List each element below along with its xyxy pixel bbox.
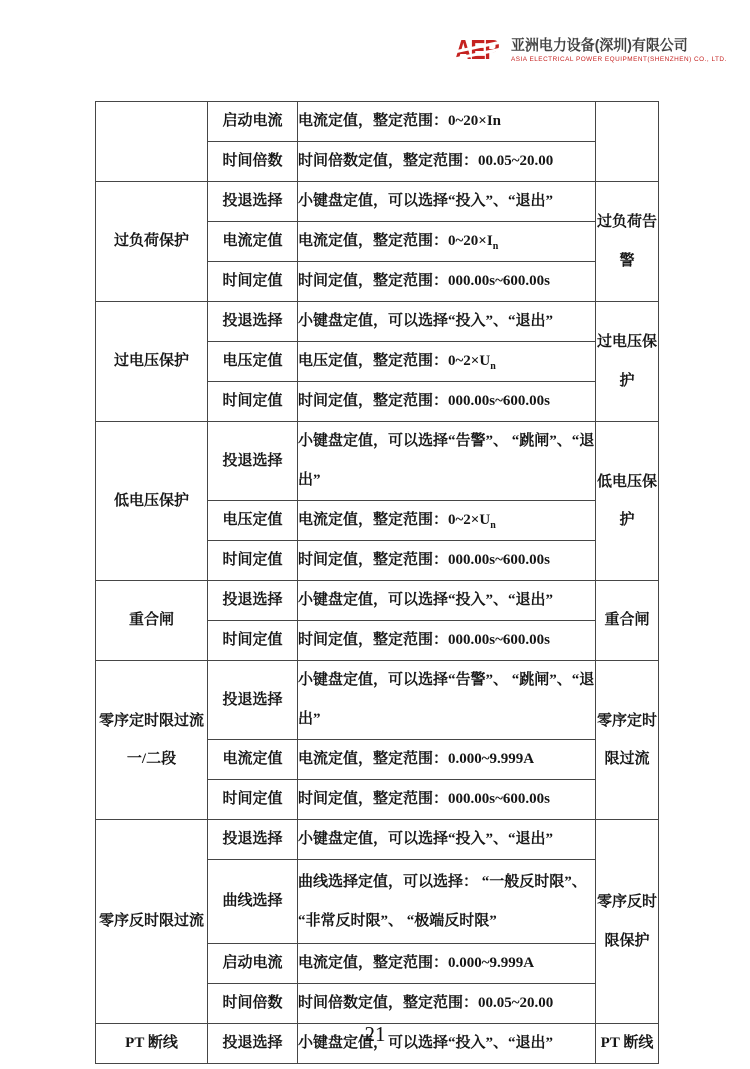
protection-name-cell: 过电压保护 bbox=[96, 302, 208, 422]
setting-item-cell: 时间定值 bbox=[208, 541, 298, 581]
setting-item-cell: 投退选择 bbox=[208, 422, 298, 501]
setting-item-cell: 时间定值 bbox=[208, 382, 298, 422]
setting-desc-text: 小键盘定值，可以选择“投入”、“退出” bbox=[298, 831, 553, 847]
setting-desc-text: 时间定值，整定范围：000.00s~600.00s bbox=[298, 393, 550, 409]
protection-name-cell: 零序定时限过流 一/二段 bbox=[96, 661, 208, 820]
setting-item-cell: 启动电流 bbox=[208, 944, 298, 984]
setting-item-cell: 投退选择 bbox=[208, 182, 298, 222]
setting-item-cell: 时间倍数 bbox=[208, 984, 298, 1024]
setting-desc-text: 小键盘定值，可以选择“告警”、 “跳闸”、“退出” bbox=[298, 433, 594, 488]
company-name-block: 亚洲电力设备(深圳)有限公司 ASIA ELECTRICAL POWER EQU… bbox=[511, 38, 727, 63]
setting-desc-cell: 时间定值，整定范围：000.00s~600.00s bbox=[298, 621, 596, 661]
setting-item-cell: 电压定值 bbox=[208, 342, 298, 382]
table-row: 低电压保护投退选择小键盘定值，可以选择“告警”、 “跳闸”、“退出”低电压保护 bbox=[96, 422, 659, 501]
setting-desc-subscript: n bbox=[490, 520, 496, 531]
setting-desc-cell: 小键盘定值，可以选择“投入”、“退出” bbox=[298, 182, 596, 222]
company-logo: AEP 亚洲电力设备(深圳)有限公司 ASIA ELECTRICAL POWER… bbox=[455, 38, 727, 63]
setting-desc-text: 时间倍数定值，整定范围：00.05~20.00 bbox=[298, 153, 553, 169]
setting-desc-text: 小键盘定值，可以选择“投入”、“退出” bbox=[298, 313, 553, 329]
table-row: 过负荷保护投退选择小键盘定值，可以选择“投入”、“退出”过负荷告警 bbox=[96, 182, 659, 222]
protection-result-cell: 低电压保护 bbox=[596, 422, 659, 581]
setting-desc-cell: 电压定值，整定范围：0~2×Un bbox=[298, 342, 596, 382]
setting-item-cell: 投退选择 bbox=[208, 661, 298, 740]
table-row: 重合闸投退选择小键盘定值，可以选择“投入”、“退出”重合闸 bbox=[96, 581, 659, 621]
protection-result-cell: 过负荷告警 bbox=[596, 182, 659, 302]
setting-item-cell: 时间定值 bbox=[208, 780, 298, 820]
setting-desc-cell: 小键盘定值，可以选择“投入”、“退出” bbox=[298, 302, 596, 342]
table-row: 零序定时限过流 一/二段投退选择小键盘定值，可以选择“告警”、 “跳闸”、“退出… bbox=[96, 661, 659, 740]
setting-desc-cell: 小键盘定值，可以选择“告警”、 “跳闸”、“退出” bbox=[298, 422, 596, 501]
settings-table-body: 启动电流电流定值，整定范围：0~20×In时间倍数时间倍数定值，整定范围：00.… bbox=[96, 102, 659, 1064]
setting-desc-cell: 电流定值，整定范围：0~20×In bbox=[298, 222, 596, 262]
page-number: 21 bbox=[0, 1022, 750, 1047]
setting-desc-text: 电流定值，整定范围：0~20×In bbox=[298, 113, 501, 129]
setting-desc-cell: 电流定值，整定范围：0~2×Un bbox=[298, 501, 596, 541]
setting-desc-subscript: n bbox=[490, 361, 496, 372]
setting-desc-text: 小键盘定值，可以选择“告警”、 “跳闸”、“退出” bbox=[298, 672, 594, 727]
setting-item-cell: 时间定值 bbox=[208, 262, 298, 302]
protection-result-cell bbox=[596, 102, 659, 182]
protection-result-cell: 零序反时限保护 bbox=[596, 820, 659, 1024]
setting-desc-text: 时间定值，整定范围：000.00s~600.00s bbox=[298, 791, 550, 807]
setting-desc-cell: 电流定值，整定范围：0.000~9.999A bbox=[298, 944, 596, 984]
setting-desc-text: 时间定值，整定范围：000.00s~600.00s bbox=[298, 273, 550, 289]
setting-desc-cell: 时间定值，整定范围：000.00s~600.00s bbox=[298, 262, 596, 302]
setting-desc-text: 小键盘定值，可以选择“投入”、“退出” bbox=[298, 193, 553, 209]
setting-desc-cell: 曲线选择定值，可以选择： “一般反时限”、 “非常反时限”、 “极端反时限” bbox=[298, 860, 596, 944]
setting-desc-text: 时间定值，整定范围：000.00s~600.00s bbox=[298, 632, 550, 648]
setting-desc-text: 电流定值，整定范围：0.000~9.999A bbox=[298, 751, 534, 767]
protection-settings-table: 启动电流电流定值，整定范围：0~20×In时间倍数时间倍数定值，整定范围：00.… bbox=[95, 101, 659, 1064]
setting-desc-cell: 时间定值，整定范围：000.00s~600.00s bbox=[298, 382, 596, 422]
setting-desc-text: 时间倍数定值，整定范围：00.05~20.00 bbox=[298, 995, 553, 1011]
setting-desc-text: 时间定值，整定范围：000.00s~600.00s bbox=[298, 552, 550, 568]
setting-desc-subscript: n bbox=[493, 241, 499, 252]
setting-item-cell: 电流定值 bbox=[208, 740, 298, 780]
setting-desc-text: 曲线选择定值，可以选择： “一般反时限”、 “非常反时限”、 “极端反时限” bbox=[298, 874, 587, 929]
setting-desc-text: 电压定值，整定范围：0~2×U bbox=[298, 353, 490, 369]
setting-desc-cell: 时间定值，整定范围：000.00s~600.00s bbox=[298, 780, 596, 820]
setting-desc-text: 小键盘定值，可以选择“投入”、“退出” bbox=[298, 592, 553, 608]
setting-desc-cell: 电流定值，整定范围：0~20×In bbox=[298, 102, 596, 142]
protection-result-cell: 重合闸 bbox=[596, 581, 659, 661]
company-name-en: ASIA ELECTRICAL POWER EQUIPMENT(SHENZHEN… bbox=[511, 56, 727, 63]
table-row: 启动电流电流定值，整定范围：0~20×In bbox=[96, 102, 659, 142]
protection-result-cell: 过电压保护 bbox=[596, 302, 659, 422]
setting-item-cell: 投退选择 bbox=[208, 820, 298, 860]
setting-desc-cell: 时间倍数定值，整定范围：00.05~20.00 bbox=[298, 142, 596, 182]
setting-item-cell: 电流定值 bbox=[208, 222, 298, 262]
protection-name-cell: 过负荷保护 bbox=[96, 182, 208, 302]
protection-name-cell: 低电压保护 bbox=[96, 422, 208, 581]
document-page: { "header": { "logo_text": "AEP", "compa… bbox=[0, 0, 750, 1069]
protection-name-cell: 重合闸 bbox=[96, 581, 208, 661]
setting-item-cell: 投退选择 bbox=[208, 302, 298, 342]
setting-desc-cell: 时间定值，整定范围：000.00s~600.00s bbox=[298, 541, 596, 581]
protection-name-cell: 零序反时限过流 bbox=[96, 820, 208, 1024]
setting-desc-cell: 时间倍数定值，整定范围：00.05~20.00 bbox=[298, 984, 596, 1024]
setting-item-cell: 投退选择 bbox=[208, 581, 298, 621]
setting-item-cell: 曲线选择 bbox=[208, 860, 298, 944]
setting-desc-cell: 小键盘定值，可以选择“告警”、 “跳闸”、“退出” bbox=[298, 661, 596, 740]
setting-desc-text: 电流定值，整定范围：0~2×U bbox=[298, 512, 490, 528]
table-row: 过电压保护投退选择小键盘定值，可以选择“投入”、“退出”过电压保护 bbox=[96, 302, 659, 342]
setting-desc-text: 电流定值，整定范围：0~20×I bbox=[298, 233, 493, 249]
setting-item-cell: 启动电流 bbox=[208, 102, 298, 142]
protection-result-cell: 零序定时限过流 bbox=[596, 661, 659, 820]
setting-desc-text: 电流定值，整定范围：0.000~9.999A bbox=[298, 955, 534, 971]
protection-name-cell bbox=[96, 102, 208, 182]
setting-item-cell: 时间倍数 bbox=[208, 142, 298, 182]
setting-desc-cell: 小键盘定值，可以选择“投入”、“退出” bbox=[298, 820, 596, 860]
setting-item-cell: 时间定值 bbox=[208, 621, 298, 661]
setting-item-cell: 电压定值 bbox=[208, 501, 298, 541]
aep-logo-icon: AEP bbox=[455, 38, 504, 62]
setting-desc-cell: 电流定值，整定范围：0.000~9.999A bbox=[298, 740, 596, 780]
setting-desc-cell: 小键盘定值，可以选择“投入”、“退出” bbox=[298, 581, 596, 621]
company-name-cn: 亚洲电力设备(深圳)有限公司 bbox=[511, 38, 712, 54]
table-row: 零序反时限过流投退选择小键盘定值，可以选择“投入”、“退出”零序反时限保护 bbox=[96, 820, 659, 860]
